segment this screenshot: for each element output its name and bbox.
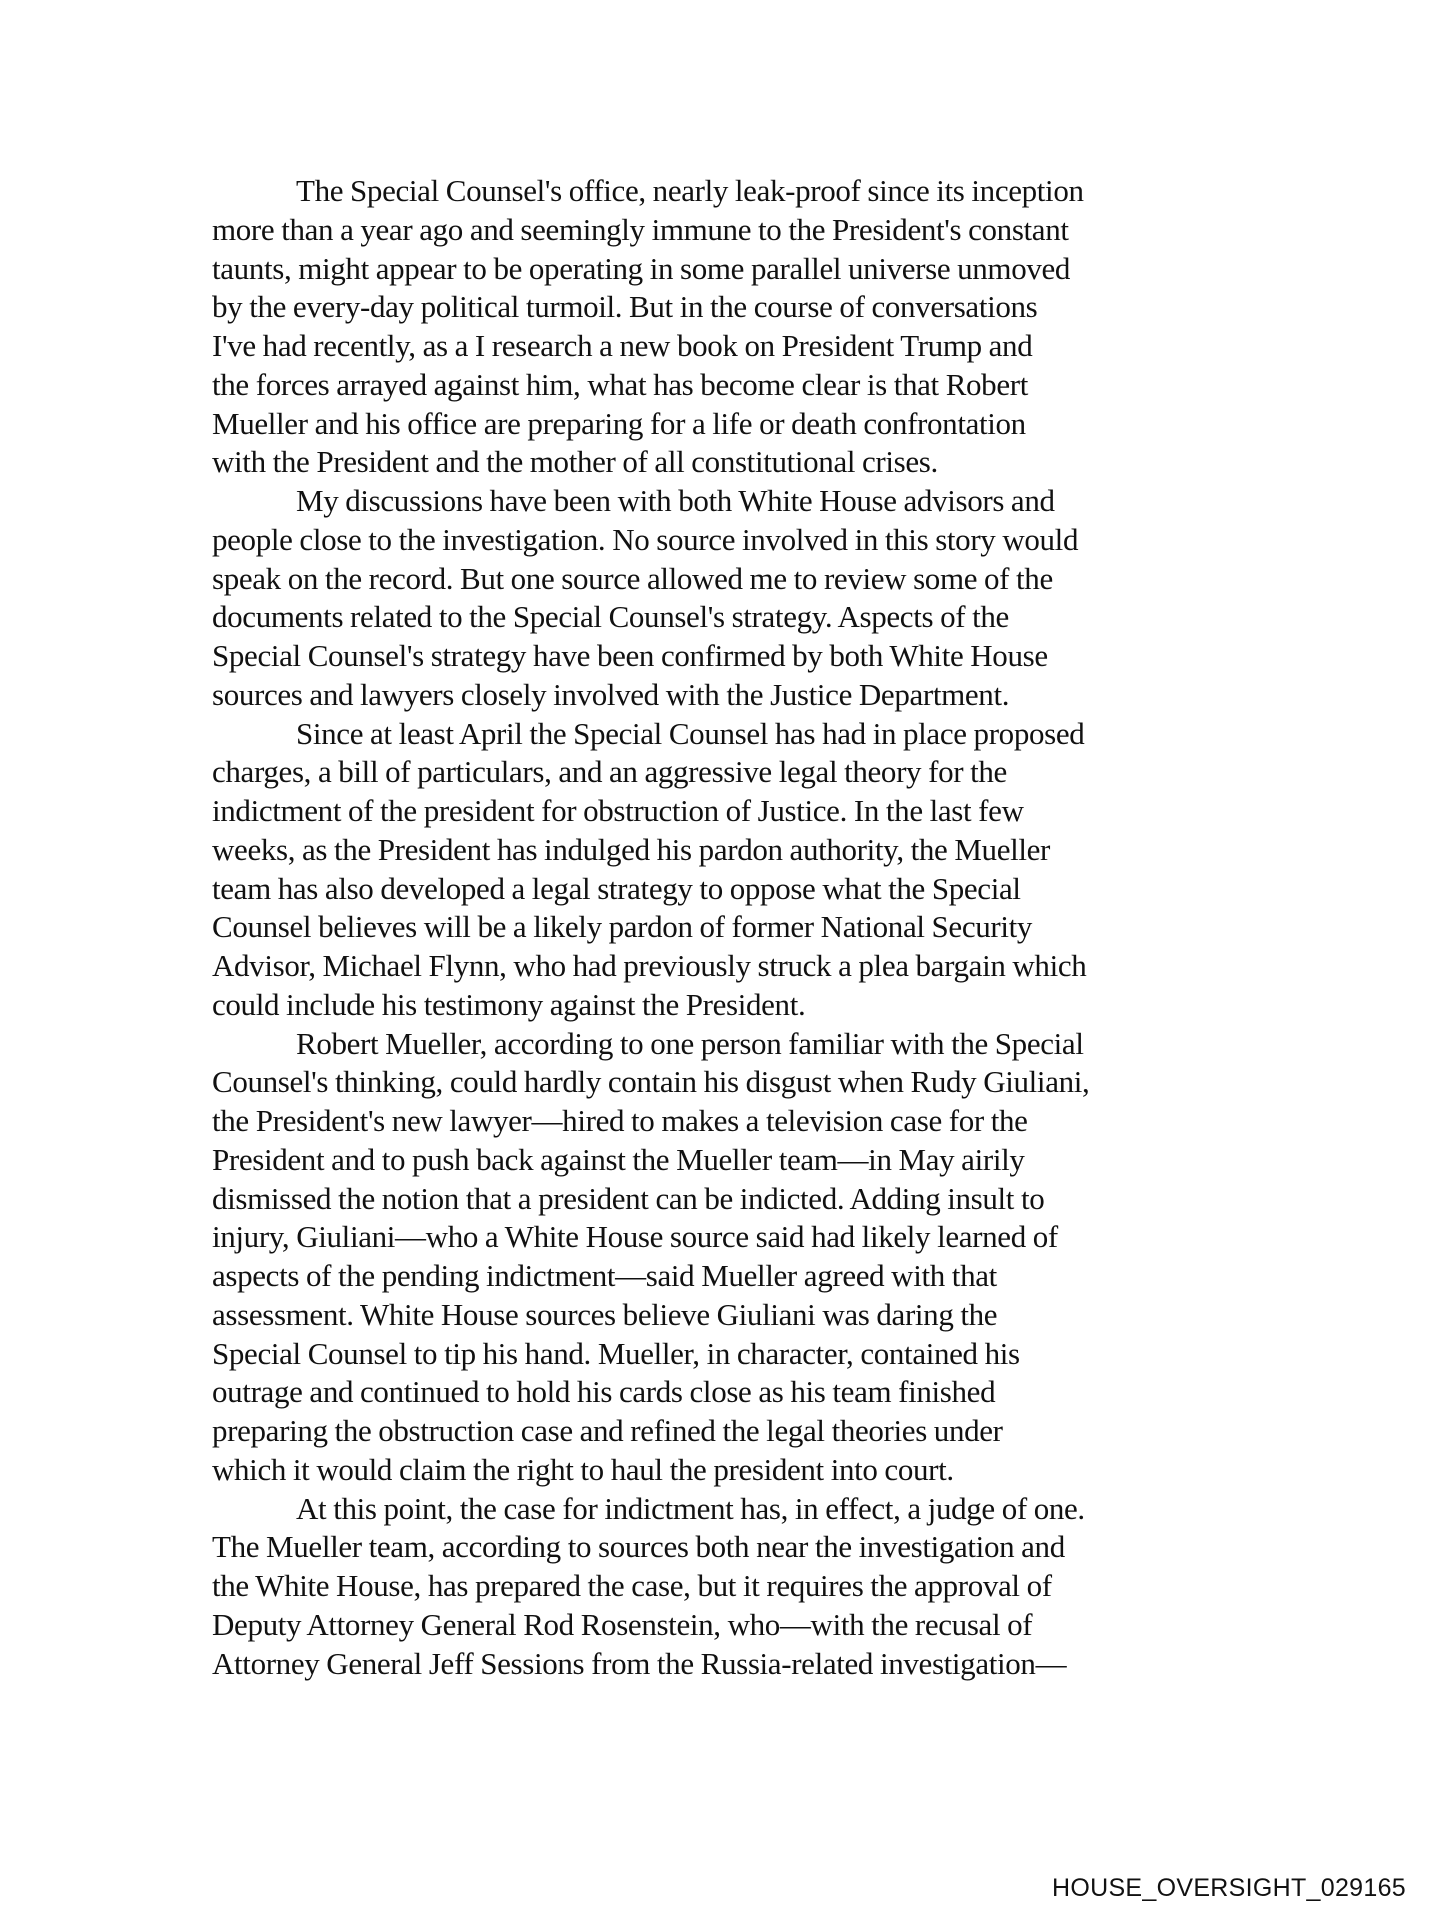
paragraph-4: Robert Mueller, according to one person … [212,1025,1242,1490]
text-line: by the every-day political turmoil. But … [212,288,1242,327]
text-line: My discussions have been with both White… [212,482,1242,521]
text-line: dismissed the notion that a president ca… [212,1180,1242,1219]
text-line: taunts, might appear to be operating in … [212,250,1242,289]
text-line: weeks, as the President has indulged his… [212,831,1242,870]
text-line: which it would claim the right to haul t… [212,1451,1242,1490]
text-line: Deputy Attorney General Rod Rosenstein, … [212,1606,1242,1645]
text-line: the White House, has prepared the case, … [212,1567,1242,1606]
text-line: Robert Mueller, according to one person … [212,1025,1242,1064]
text-line: documents related to the Special Counsel… [212,598,1242,637]
text-line: Mueller and his office are preparing for… [212,405,1242,444]
text-line: outrage and continued to hold his cards … [212,1373,1242,1412]
text-line: injury, Giuliani—who a White House sourc… [212,1218,1242,1257]
text-line: Counsel believes will be a likely pardon… [212,908,1242,947]
paragraph-5: At this point, the case for indictment h… [212,1490,1242,1684]
text-line: Special Counsel's strategy have been con… [212,637,1242,676]
text-line: team has also developed a legal strategy… [212,870,1242,909]
text-line: aspects of the pending indictment—said M… [212,1257,1242,1296]
text-line: The Mueller team, according to sources b… [212,1528,1242,1567]
text-line: preparing the obstruction case and refin… [212,1412,1242,1451]
text-line: President and to push back against the M… [212,1141,1242,1180]
document-body: The Special Counsel's office, nearly lea… [212,172,1242,1683]
bates-stamp: HOUSE_OVERSIGHT_029165 [1052,1874,1406,1903]
paragraph-3: Since at least April the Special Counsel… [212,715,1242,1025]
text-line: Attorney General Jeff Sessions from the … [212,1645,1242,1684]
text-line: At this point, the case for indictment h… [212,1490,1242,1529]
paragraph-2: My discussions have been with both White… [212,482,1242,715]
text-line: Since at least April the Special Counsel… [212,715,1242,754]
text-line: I've had recently, as a I research a new… [212,327,1242,366]
text-line: charges, a bill of particulars, and an a… [212,753,1242,792]
text-line: Counsel's thinking, could hardly contain… [212,1063,1242,1102]
text-line: with the President and the mother of all… [212,443,1242,482]
text-line: sources and lawyers closely involved wit… [212,676,1242,715]
text-line: Advisor, Michael Flynn, who had previous… [212,947,1242,986]
text-line: speak on the record. But one source allo… [212,560,1242,599]
text-line: the President's new lawyer—hired to make… [212,1102,1242,1141]
text-line: could include his testimony against the … [212,986,1242,1025]
text-line: The Special Counsel's office, nearly lea… [212,172,1242,211]
text-line: assessment. White House sources believe … [212,1296,1242,1335]
paragraph-1: The Special Counsel's office, nearly lea… [212,172,1242,482]
text-line: more than a year ago and seemingly immun… [212,211,1242,250]
text-line: the forces arrayed against him, what has… [212,366,1242,405]
text-line: Special Counsel to tip his hand. Mueller… [212,1335,1242,1374]
text-line: people close to the investigation. No so… [212,521,1242,560]
text-line: indictment of the president for obstruct… [212,792,1242,831]
